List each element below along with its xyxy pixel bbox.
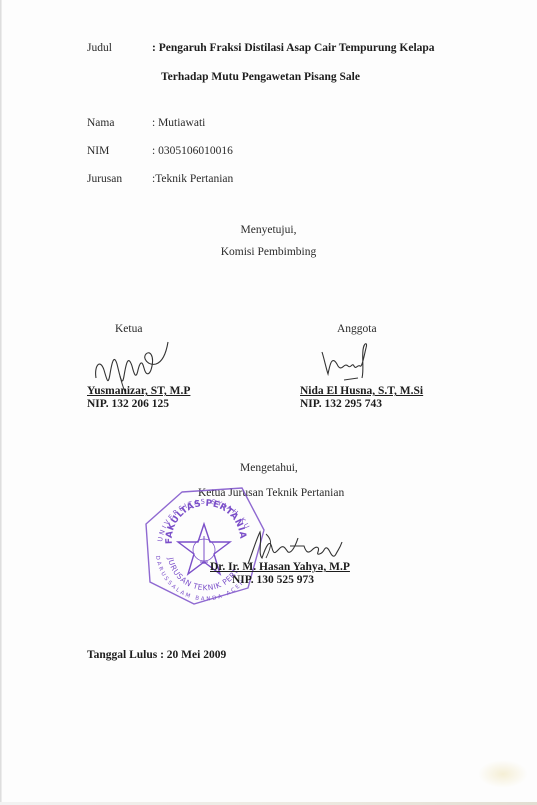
field-value-nama: : Mutiawati <box>152 117 205 129</box>
field-value-judul: : Pengaruh Fraksi Distilasi Asap Cair Te… <box>152 42 435 54</box>
member-role: Anggota <box>337 323 377 335</box>
head-name: Dr. Ir. M. Hasan Yahya, M.P <box>210 561 350 573</box>
page-edge <box>0 0 2 805</box>
graduation-date: Tanggal Lulus : 20 Mei 2009 <box>87 649 226 661</box>
field-label-jurusan: Jurusan <box>87 173 122 185</box>
field-label-judul: Judul <box>87 42 112 54</box>
field-value-nim: : 0305106010016 <box>152 145 233 157</box>
chair-role: Ketua <box>115 323 142 335</box>
chair-nip: NIP. 132 206 125 <box>87 398 169 410</box>
member-nip: NIP. 132 295 743 <box>300 398 382 410</box>
field-label-nama: Nama <box>87 117 114 129</box>
field-label-nim: NIM <box>87 145 109 157</box>
member-signature-icon <box>318 338 378 388</box>
acknowledgement-heading: Mengetahui, <box>240 462 298 474</box>
chair-name: Yusmanizar, ST, M.P <box>87 385 190 397</box>
approval-heading: Menyetujui, <box>0 224 537 236</box>
approval-committee: Komisi Pembimbing <box>0 246 537 258</box>
field-value-jurusan: :Teknik Pertanian <box>152 173 233 185</box>
head-nip: NIP. 130 525 973 <box>232 574 314 586</box>
member-name: Nida El Husna, S.T, M.Si <box>300 385 423 397</box>
paper-stain <box>478 760 528 788</box>
field-value-judul-line2: Terhadap Mutu Pengawetan Pisang Sale <box>161 71 360 83</box>
